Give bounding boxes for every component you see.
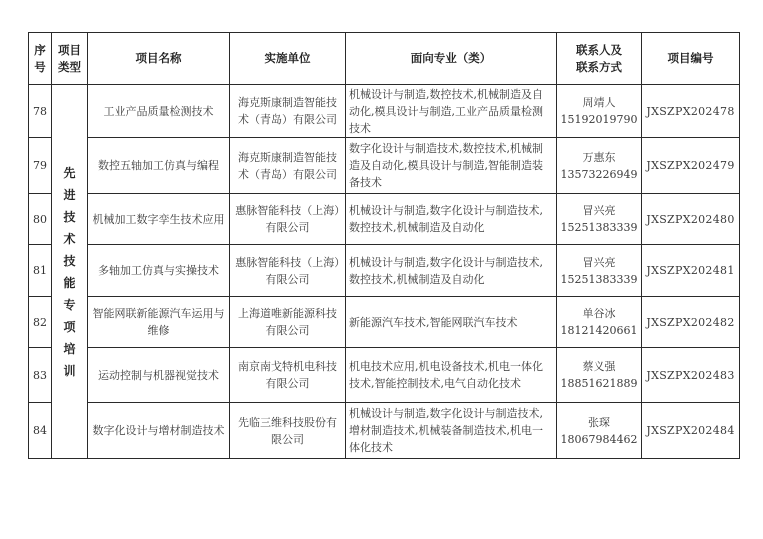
header-seq: 序 号 — [29, 33, 52, 85]
row-seq: 78 — [29, 85, 52, 138]
row-code: JXSZPX202478 — [642, 85, 740, 138]
row-contact: 冒兴亮 15251383339 — [557, 194, 642, 245]
table-header-row: 序 号 项目 类型 项目名称 实施单位 面向专业（类） 联系人及 联系方式 项目… — [29, 33, 740, 85]
contact-phone: 18067984462 — [560, 431, 638, 448]
row-major: 机电技术应用,机电设备技术,机电一体化技术,智能控制技术,电气自动化技术 — [346, 348, 557, 403]
table-row: 80 机械加工数字孪生技术应用 惠脉智能科技（上海）有限公司 机械设计与制造,数… — [29, 194, 740, 245]
row-project-name: 数字化设计与增材制造技术 — [88, 403, 230, 459]
row-unit: 上海道唯新能源科技有限公司 — [230, 297, 346, 348]
row-code: JXSZPX202482 — [642, 297, 740, 348]
row-code: JXSZPX202479 — [642, 138, 740, 194]
row-contact: 周靖人 15192019790 — [557, 85, 642, 138]
row-project-name: 机械加工数字孪生技术应用 — [88, 194, 230, 245]
contact-name: 单谷冰 — [560, 305, 638, 322]
header-contact: 联系人及 联系方式 — [557, 33, 642, 85]
row-seq: 80 — [29, 194, 52, 245]
row-major: 机械设计与制造,数字化设计与制造技术,增材制造技术,机械装备制造技术,机电一体化… — [346, 403, 557, 459]
row-code: JXSZPX202480 — [642, 194, 740, 245]
row-major: 新能源汽车技术,智能网联汽车技术 — [346, 297, 557, 348]
row-project-name: 数控五轴加工仿真与编程 — [88, 138, 230, 194]
contact-phone: 15251383339 — [560, 219, 638, 236]
table-row: 79 数控五轴加工仿真与编程 海克斯康制造智能技术（青岛）有限公司 数字化设计与… — [29, 138, 740, 194]
table-row: 81 多轴加工仿真与实操技术 惠脉智能科技（上海）有限公司 机械设计与制造,数字… — [29, 245, 740, 297]
row-project-name: 工业产品质量检测技术 — [88, 85, 230, 138]
row-project-name: 运动控制与机器视觉技术 — [88, 348, 230, 403]
table-row: 82 智能网联新能源汽车运用与维修 上海道唯新能源科技有限公司 新能源汽车技术,… — [29, 297, 740, 348]
header-unit: 实施单位 — [230, 33, 346, 85]
header-major: 面向专业（类） — [346, 33, 557, 85]
row-code: JXSZPX202484 — [642, 403, 740, 459]
row-contact: 万惠东 13573226949 — [557, 138, 642, 194]
contact-name: 万惠东 — [560, 149, 638, 166]
row-seq: 84 — [29, 403, 52, 459]
contact-phone: 15251383339 — [560, 271, 638, 288]
header-name: 项目名称 — [88, 33, 230, 85]
row-unit: 惠脉智能科技（上海）有限公司 — [230, 194, 346, 245]
row-code: JXSZPX202481 — [642, 245, 740, 297]
contact-phone: 18851621889 — [560, 375, 638, 392]
row-contact: 冒兴亮 15251383339 — [557, 245, 642, 297]
row-unit: 惠脉智能科技（上海）有限公司 — [230, 245, 346, 297]
row-code: JXSZPX202483 — [642, 348, 740, 403]
row-unit: 先临三维科技股份有限公司 — [230, 403, 346, 459]
row-major: 机械设计与制造,数字化设计与制造技术,数控技术,机械制造及自动化 — [346, 194, 557, 245]
row-project-name: 多轴加工仿真与实操技术 — [88, 245, 230, 297]
header-code: 项目编号 — [642, 33, 740, 85]
row-major: 机械设计与制造,数控技术,机械制造及自动化,模具设计与制造,工业产品质量检测技术 — [346, 85, 557, 138]
contact-phone: 18121420661 — [560, 322, 638, 339]
table-row: 83 运动控制与机器视觉技术 南京南戈特机电科技有限公司 机电技术应用,机电设备… — [29, 348, 740, 403]
row-seq: 79 — [29, 138, 52, 194]
contact-phone: 13573226949 — [560, 166, 638, 183]
row-unit: 海克斯康制造智能技术（青岛）有限公司 — [230, 138, 346, 194]
table-row: 84 数字化设计与增材制造技术 先临三维科技股份有限公司 机械设计与制造,数字化… — [29, 403, 740, 459]
row-unit: 南京南戈特机电科技有限公司 — [230, 348, 346, 403]
contact-name: 冒兴亮 — [560, 254, 638, 271]
contact-name: 周靖人 — [560, 94, 638, 111]
row-major: 机械设计与制造,数字化设计与制造技术,数控技术,机械制造及自动化 — [346, 245, 557, 297]
row-contact: 蔡义强 18851621889 — [557, 348, 642, 403]
row-contact: 单谷冰 18121420661 — [557, 297, 642, 348]
project-type-cell: 先 进 技 术 技 能 专 项 培 训 — [52, 85, 88, 459]
header-type: 项目 类型 — [52, 33, 88, 85]
row-major: 数字化设计与制造技术,数控技术,机械制造及自动化,模具设计与制造,智能制造装备技… — [346, 138, 557, 194]
row-project-name: 智能网联新能源汽车运用与维修 — [88, 297, 230, 348]
contact-name: 蔡义强 — [560, 358, 638, 375]
contact-phone: 15192019790 — [560, 111, 638, 128]
row-unit: 海克斯康制造智能技术（青岛）有限公司 — [230, 85, 346, 138]
contact-name: 张琛 — [560, 414, 638, 431]
row-seq: 83 — [29, 348, 52, 403]
table-row: 78 先 进 技 术 技 能 专 项 培 训 工业产品质量检测技术 海克斯康制造… — [29, 85, 740, 138]
project-table: 序 号 项目 类型 项目名称 实施单位 面向专业（类） 联系人及 联系方式 项目… — [28, 32, 740, 459]
row-seq: 82 — [29, 297, 52, 348]
row-seq: 81 — [29, 245, 52, 297]
row-contact: 张琛 18067984462 — [557, 403, 642, 459]
contact-name: 冒兴亮 — [560, 202, 638, 219]
